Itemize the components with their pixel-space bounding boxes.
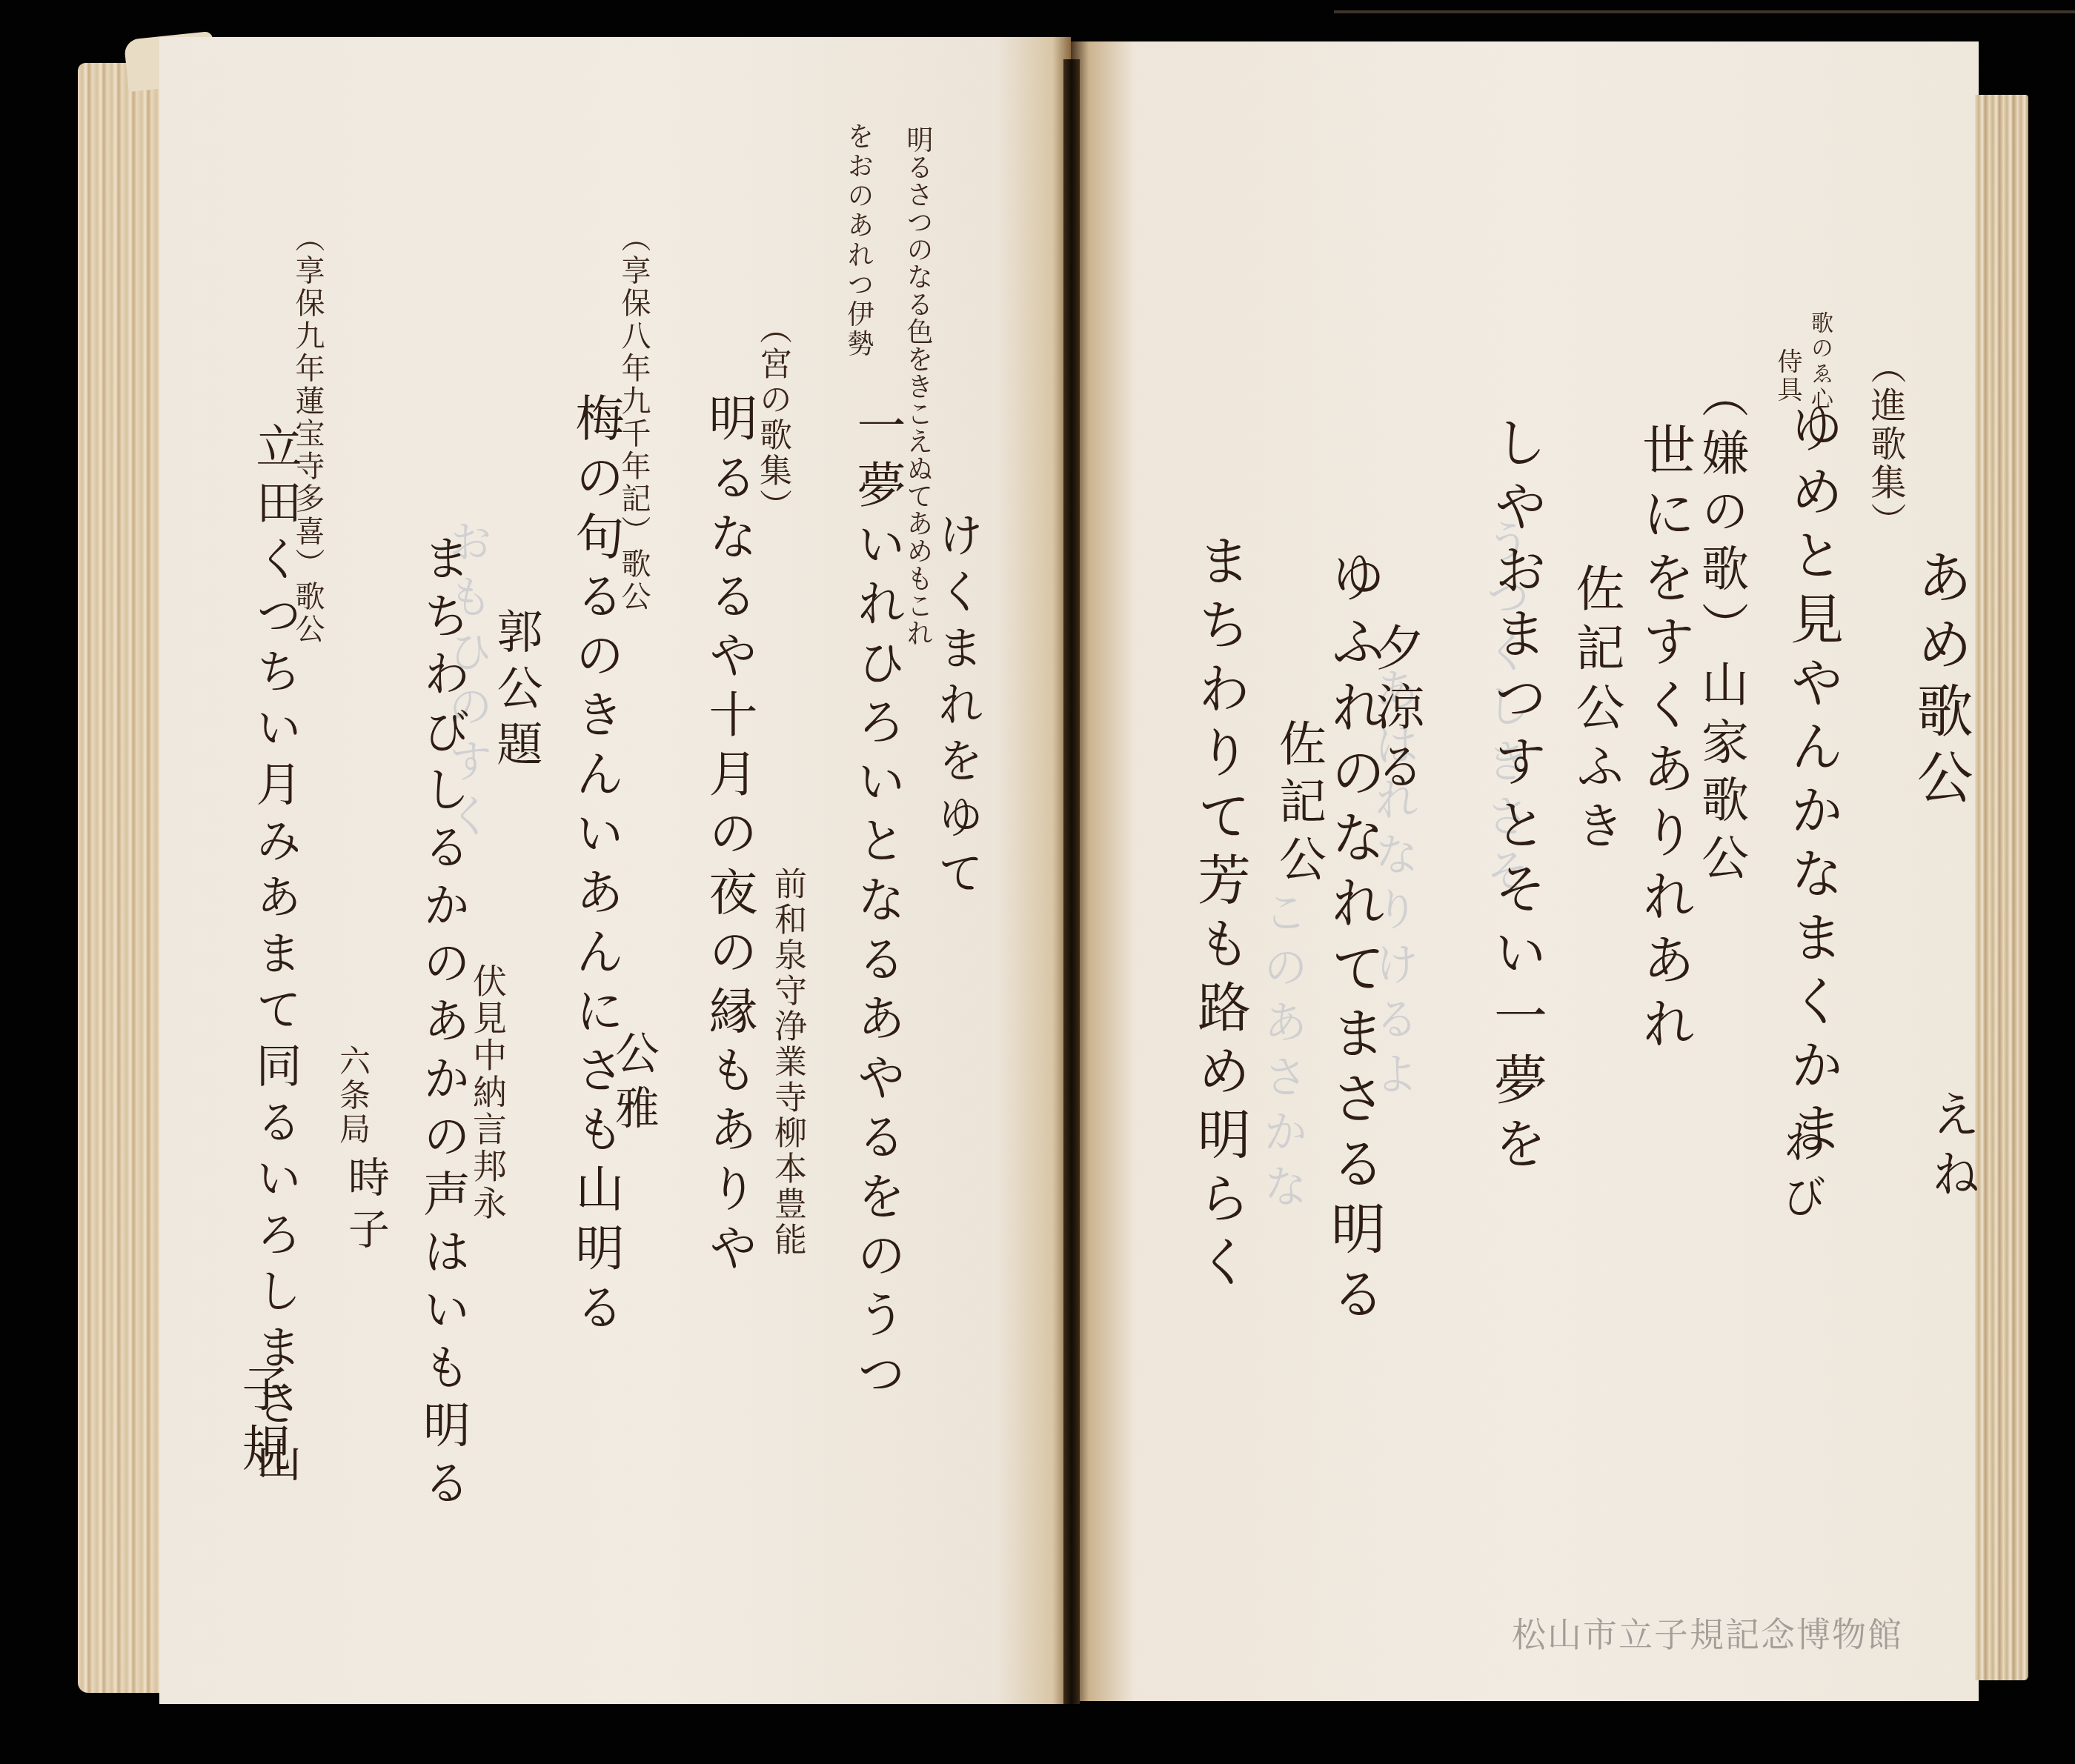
text-column: あめ歌公 [1912,548,1968,815]
text-column: 郭公題 [493,608,539,776]
text-column: しやおまつすとそい一夢を [1490,415,1543,1179]
bleed-through-text: このあさかな [1260,889,1304,1218]
text-column: ゆふれのなれてまさる明る [1327,548,1381,1331]
museum-watermark: 松山市立子規記念博物館 [1512,1608,1903,1657]
text-column: 子規 [237,1363,286,1482]
text-column: えね [1927,1089,1976,1208]
text-column: 佐記公 [1275,719,1322,892]
text-column: わび [1779,1119,1823,1228]
text-column: 明るさつのなる色をきこえぬてあめもこれ [904,126,931,647]
text-column: （進歌集） [1867,348,1903,541]
right-page-edges [1975,95,2028,1680]
annotation: 侍具 [1775,348,1800,405]
text-column: けくまれをゆて [934,511,980,905]
text-column: 梅の句るのきんいあんにさも山明る [571,393,620,1341]
text-column: 一夢いれひろいとなるあやるをのうつ [852,400,901,1408]
book-gutter [1063,59,1080,1704]
text-column: 六条局 [337,1045,368,1147]
text-column: まちわりて芳も路め明らく [1193,533,1246,1298]
photograph: うつくしきさそ あはれなりけるよ このあさかな おもひのすく （進歌集） あめ歌… [0,0,2075,1764]
text-column: （宮の歌集） [756,311,788,525]
annotation: 歌のゑ心 [1808,311,1830,412]
text-column: まちわびしるかのあかの声はいも明る [419,533,466,1516]
background-line [1334,10,2075,13]
text-column: 佐記公ふき [1571,563,1620,859]
text-column: （嫌の歌）山家歌公 [1697,370,1744,891]
text-column: 世にをすくありれあれ [1638,422,1691,1059]
text-column: ゆめと見やんかなまくかま [1786,400,1839,1165]
text-column: 明るなるや十月の夜の縁もありや [704,393,753,1282]
text-column: をおのあれつ伊勢 [845,122,871,359]
text-column: 立田くつちい月みあまて同るいろしまさ山 [252,422,298,1492]
text-column: 前和泉守浄業寺柳本豊能 [771,867,803,1258]
text-column: 伏見中納言邦永 [471,963,505,1222]
text-column: 時子 [345,1156,386,1259]
text-column: 公雅 [611,1030,656,1139]
